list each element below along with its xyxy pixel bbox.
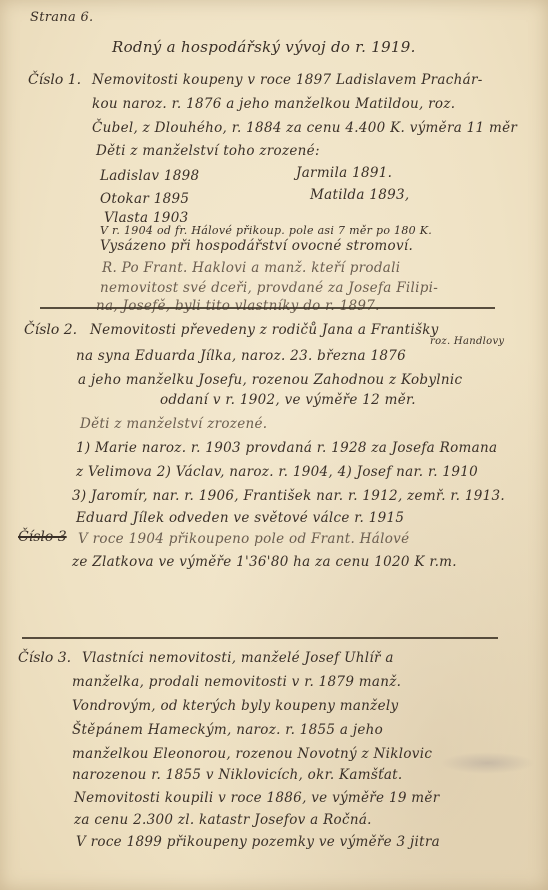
section-divider [40, 307, 495, 309]
entry-3-line: za cenu 2.300 zl. katastr Josefov a Ročn… [74, 812, 372, 828]
entry-3-line: manželka, prodali nemovitosti v r. 1879 … [72, 674, 401, 690]
entry-3-line: V roce 1899 přikoupeny pozemky ve výměře… [76, 834, 440, 850]
entry-1-note: R. Po Frant. Haklovi a manž. kteří proda… [102, 260, 400, 276]
child-name: Jarmila [296, 165, 348, 181]
ink-smudge [440, 752, 535, 774]
entry-1-note: Vysázeno při hospodářství ovocné stromov… [100, 238, 413, 254]
entry-1-line: kou naroz. r. 1876 a jeho manželkou Mati… [92, 96, 455, 112]
entry-3-line: Nemovitosti koupili v roce 1886, ve výmě… [74, 790, 439, 806]
entry-2-purchase-line: ze Zlatkova ve výměře 1'36'80 ha za cenu… [72, 554, 457, 570]
entry-1-children-heading: Děti z manželství toho zrozené: [96, 143, 320, 159]
entry-2-child-line: 3) Jaromír, nar. r. 1906, František nar.… [72, 488, 505, 504]
child-name: Otokar [100, 191, 149, 207]
entry-2-war-note: Eduard Jílek odveden ve světové válce r.… [76, 510, 404, 526]
child-year: 1898 [164, 168, 200, 184]
entry-3-line: narozenou r. 1855 v Niklovicích, okr. Ka… [72, 767, 402, 783]
entry-3-label: Číslo 3. [18, 650, 71, 666]
entry-1-note: nemovitost své dceři, provdané za Josefa… [100, 280, 438, 296]
child-year: 1895 [154, 191, 190, 207]
entry-2-insertion: roz. Handlovy [430, 336, 504, 347]
section-divider [22, 637, 498, 639]
child-name: Matilda [310, 187, 365, 203]
entry-2-line: na syna Eduarda Jílka, naroz. 23. března… [76, 348, 406, 364]
entry-1-label: Číslo 1. [28, 72, 81, 88]
page-number: Strana 6. [30, 10, 93, 25]
child-entry: Otokar 1895 [100, 191, 189, 207]
entry-2-children-heading: Děti z manželství zrozené. [80, 416, 267, 432]
child-entry: Ladislav 1898 [100, 168, 199, 184]
entry-3-line: manželkou Eleonorou, rozenou Novotný z N… [72, 746, 432, 762]
entry-1-note: na, Josefě, byli tito vlastníky do r. 18… [96, 298, 380, 314]
entry-1-line: Čubel, z Dlouhého, r. 1884 za cenu 4.400… [92, 120, 517, 136]
child-entry: Jarmila 1891. [296, 165, 392, 181]
entry-1-line: Nemovitosti koupeny v roce 1897 Ladislav… [92, 72, 483, 88]
entry-3-line: Vondrovým, od kterých byly koupeny manže… [72, 698, 398, 714]
entry-2-label: Číslo 2. [24, 322, 77, 338]
entry-2-line: Nemovitosti převedeny z rodičů Jana a Fr… [90, 322, 439, 338]
document-page: Strana 6. Rodný a hospodářský vývoj do r… [0, 0, 548, 890]
entry-2-line: oddaní v r. 1902, ve výměře 12 měr. [160, 392, 416, 408]
entry-3-line: Vlastníci nemovitosti, manželé Josef Uhl… [82, 650, 394, 666]
entry-3-line: Štěpánem Hameckým, naroz. r. 1855 a jeho [72, 722, 383, 738]
child-entry: Matilda 1893, [310, 187, 409, 203]
entry-2-child-line: z Velimova 2) Václav, naroz. r. 1904, 4)… [76, 464, 478, 480]
entry-2-purchase-line: V roce 1904 přikoupeno pole od Frant. Há… [78, 531, 409, 547]
entry-2-child-line: 1) Marie naroz. r. 1903 provdaná r. 1928… [76, 440, 497, 456]
child-year: 1893, [369, 187, 409, 203]
entry-1-note: V r. 1904 od fr. Hálové přikoup. pole as… [100, 224, 432, 237]
child-year: 1891. [352, 165, 392, 181]
entry-2-line: a jeho manželku Josefu, rozenou Zahodnou… [78, 372, 462, 388]
child-name: Ladislav [100, 168, 159, 184]
struck-label: Číslo 3 [18, 529, 67, 545]
page-title: Rodný a hospodářský vývoj do r. 1919. [112, 38, 416, 56]
